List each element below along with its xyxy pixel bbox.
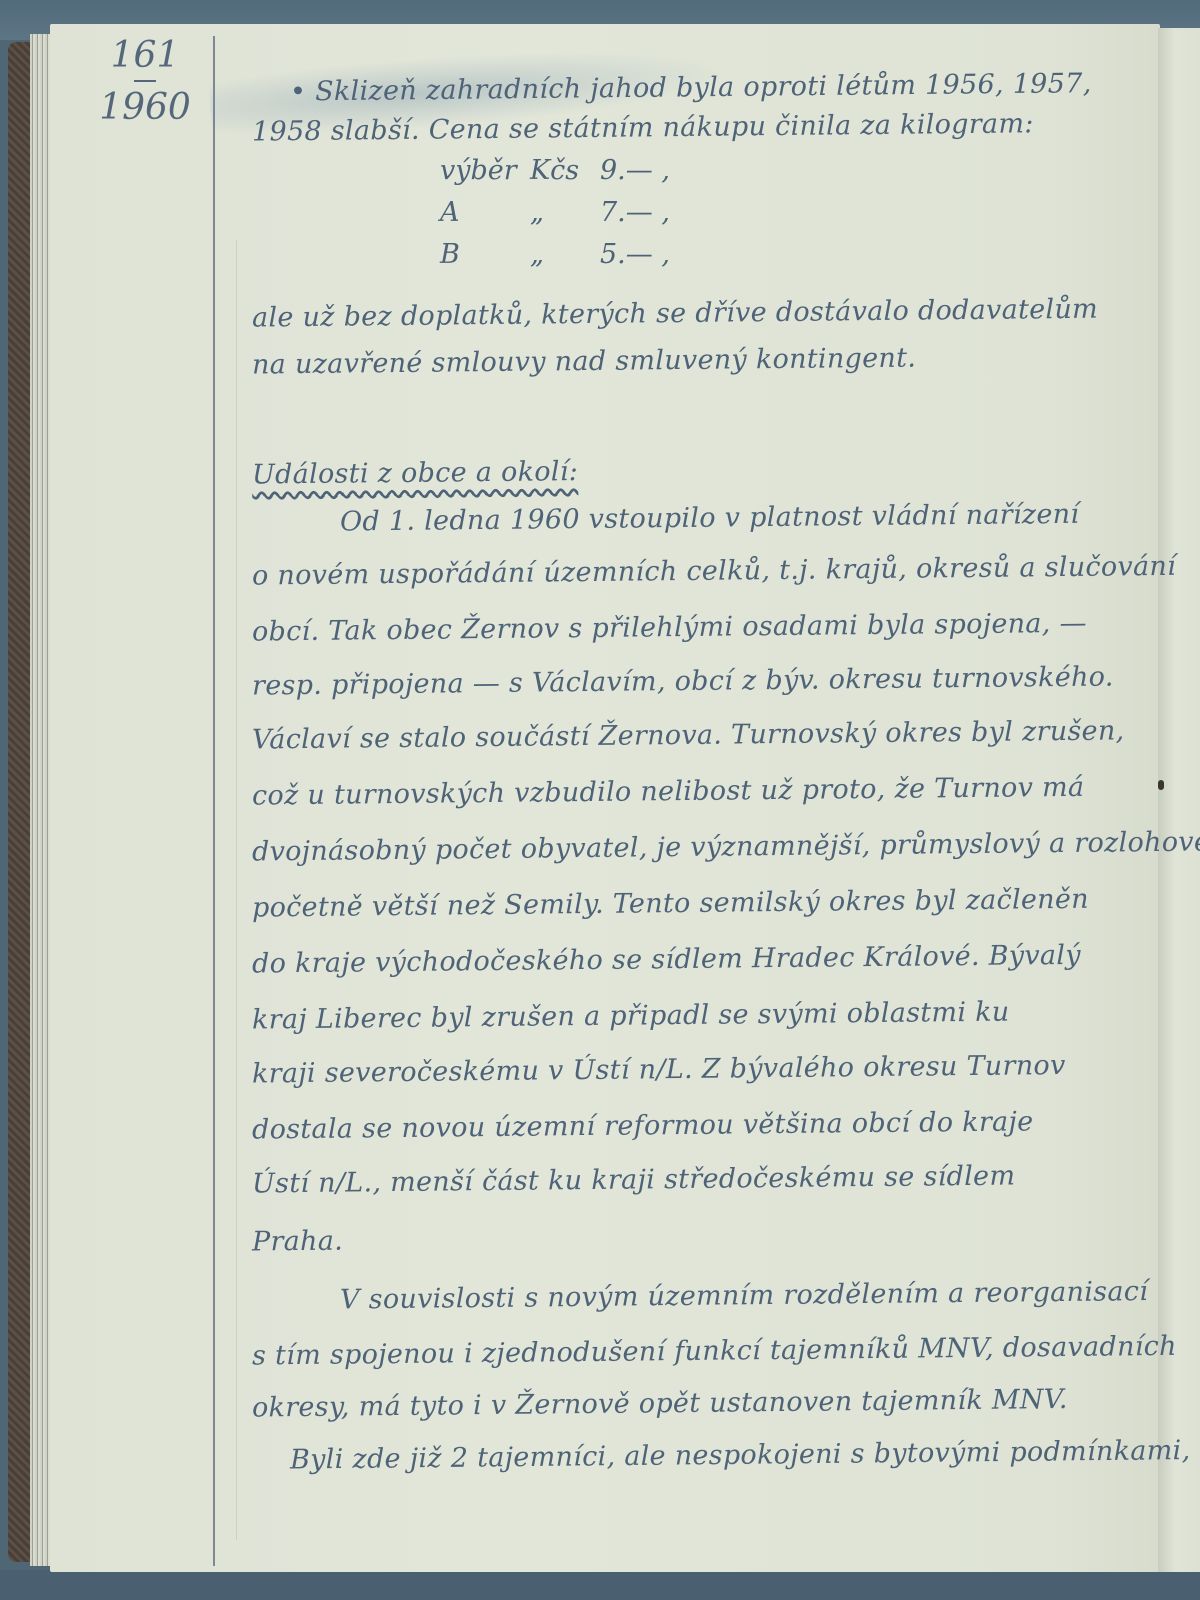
- currency: „: [530, 197, 600, 239]
- price-row: B „ 5.— ,: [440, 239, 670, 281]
- price-row: A „ 7.— ,: [440, 197, 670, 239]
- margin-note: 161 1960: [90, 38, 200, 126]
- price-table: výběr Kčs 9.— , A „ 7.— , B „ 5.— ,: [440, 155, 670, 281]
- scanner-backdrop-bottom: [0, 1570, 1200, 1600]
- faint-rule: [236, 240, 237, 1540]
- grade: A: [440, 197, 530, 239]
- grade: B: [440, 239, 530, 281]
- binding-mark: [1158, 780, 1164, 790]
- page-number: 161: [90, 38, 200, 74]
- grade: výběr: [440, 155, 530, 197]
- margin-rule: [213, 36, 215, 1566]
- price-row: výběr Kčs 9.— ,: [440, 155, 670, 197]
- currency: „: [530, 239, 600, 281]
- currency: Kčs: [530, 155, 600, 197]
- margin-divider: [134, 80, 156, 82]
- page-edges: [30, 34, 52, 1566]
- price: 7.— ,: [600, 197, 670, 239]
- price: 5.— ,: [600, 239, 670, 281]
- margin-year: 1960: [90, 90, 200, 126]
- price: 9.— ,: [600, 155, 670, 197]
